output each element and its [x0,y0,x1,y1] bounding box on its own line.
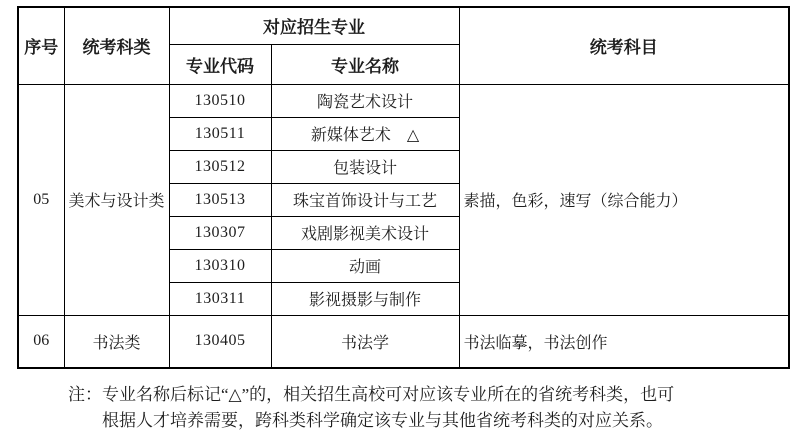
serial-cell-05: 05 [18,84,64,315]
subjects-cell-art-design: 素描，色彩，速写（综合能力） [459,84,789,315]
header-major-name: 专业名称 [271,44,459,84]
major-name-cell: 包装设计 [271,150,459,183]
major-code-cell: 130311 [169,282,271,315]
subjects-cell-calligraphy: 书法临摹，书法创作 [459,315,789,368]
major-code-cell: 130512 [169,150,271,183]
footnote-line-2: 根据人才培养需要，跨科类科学确定该专业与其他省统考科类的对应关系。 [102,411,663,430]
major-name-cell: 书法学 [271,315,459,368]
header-majors-group: 对应招生专业 [169,7,459,44]
major-code-cell: 130405 [169,315,271,368]
exam-mapping-table: 序号 统考科类 对应招生专业 统考科目 专业代码 专业名称 05 美术与设计类 … [17,6,790,369]
header-serial: 序号 [18,7,64,84]
table-row: 05 美术与设计类 130510 陶瓷艺术设计 素描，色彩，速写（综合能力） [18,84,789,117]
footnote: 注： 专业名称后标记“△”的，相关招生高校可对应该专业所在的省统考科类，也可根据… [68,382,674,434]
major-code-cell: 130513 [169,183,271,216]
header-category: 统考科类 [64,7,169,84]
major-name-cell: 动画 [271,249,459,282]
major-code-cell: 130310 [169,249,271,282]
footnote-line-1: 专业名称后标记“△”的，相关招生高校可对应该专业所在的省统考科类，也可 [102,385,674,404]
major-name-cell: 影视摄影与制作 [271,282,459,315]
category-cell-art-design: 美术与设计类 [64,84,169,315]
major-name-cell: 珠宝首饰设计与工艺 [271,183,459,216]
major-name-cell: 新媒体艺术 △ [271,117,459,150]
footnote-label: 注： [68,382,102,434]
major-code-cell: 130307 [169,216,271,249]
document-page: 序号 统考科类 对应招生专业 统考科目 专业代码 专业名称 05 美术与设计类 … [0,0,806,438]
table-row: 06 书法类 130405 书法学 书法临摹，书法创作 [18,315,789,368]
major-name-cell: 陶瓷艺术设计 [271,84,459,117]
serial-cell-06: 06 [18,315,64,368]
major-code-cell: 130510 [169,84,271,117]
major-code-cell: 130511 [169,117,271,150]
header-subjects: 统考科目 [459,7,789,84]
major-name-cell: 戏剧影视美术设计 [271,216,459,249]
header-major-code: 专业代码 [169,44,271,84]
category-cell-calligraphy: 书法类 [64,315,169,368]
footnote-text: 专业名称后标记“△”的，相关招生高校可对应该专业所在的省统考科类，也可根据人才培… [102,382,674,434]
